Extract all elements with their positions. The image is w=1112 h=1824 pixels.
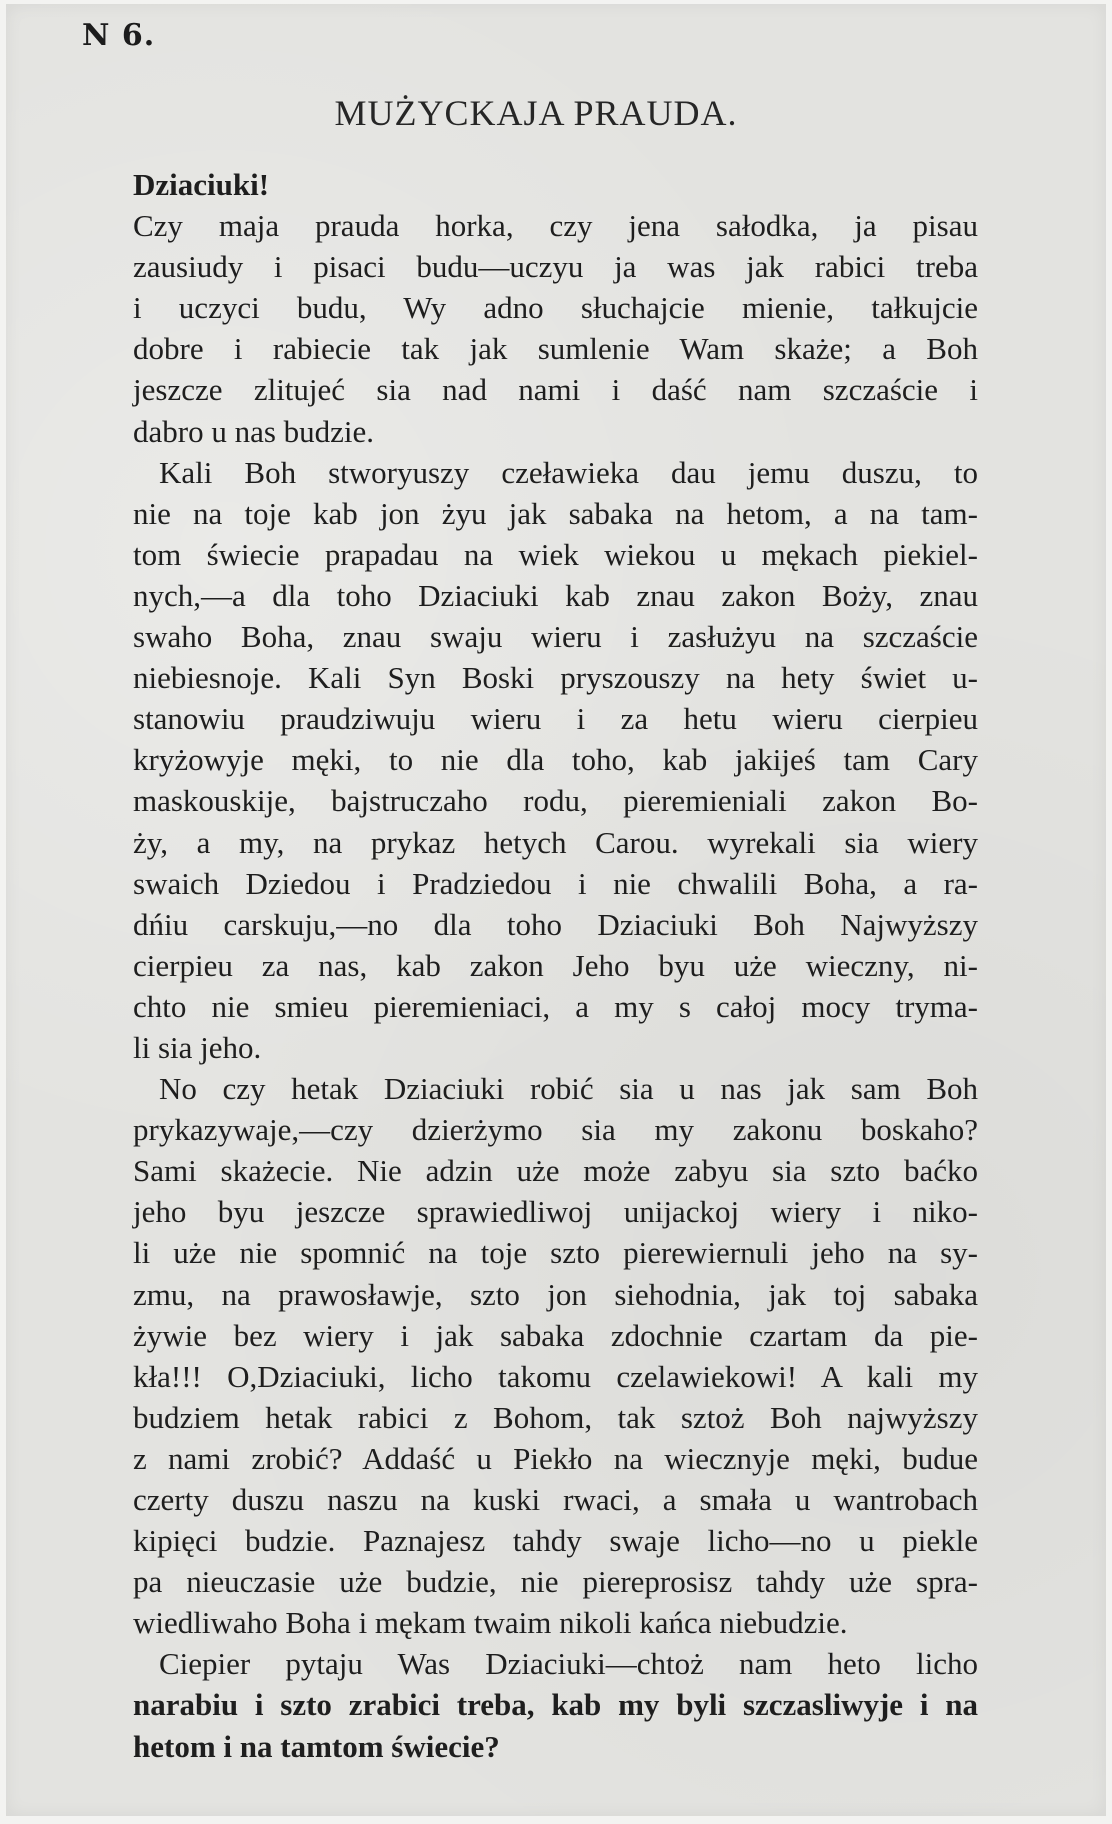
text-line: wiedliwaho Boha i mękam twaim nikoli kań…: [133, 1602, 978, 1643]
text-line: kryżowyje męki, to nie dla toho, kab jak…: [133, 739, 978, 780]
text-line: jeszcze zlitujeć sia nad nami i daść nam…: [133, 369, 978, 410]
text-line: Czy maja prauda horka, czy jena sałodka,…: [133, 205, 978, 246]
text-line: pa nieuczasie uże budzie, nie piereprosi…: [133, 1561, 978, 1602]
text-line: Sami skażecie. Nie adzin uże może zabyu …: [133, 1150, 978, 1191]
text-line: chto nie smieu pieremieniaci, a my s cał…: [133, 986, 978, 1027]
document-body: Dziaciuki! Czy maja prauda horka, czy je…: [133, 164, 978, 1767]
text-line: zausiudy i pisaci budu—uczyu ja was jak …: [133, 246, 978, 287]
text-line: maskouskije, bajstruczaho rodu, pieremie…: [133, 780, 978, 821]
text-line: żywie bez wiery i jak sabaka zdochnie cz…: [133, 1315, 978, 1356]
text-line: nych,—a dla toho Dziaciuki kab znau zako…: [133, 575, 978, 616]
paragraph-start: Kali Boh stworyuszy czeławieka dau jemu …: [133, 452, 978, 493]
text-line: kła!!! O,Dziaciuki, licho takomu czelawi…: [133, 1356, 978, 1397]
text-line: prykazywaje,—czy dzierżymo sia my zakonu…: [133, 1109, 978, 1150]
text-line: zmu, na prawosławje, szto jon siehodnia,…: [133, 1274, 978, 1315]
text-line: czerty duszu naszu na kuski rwaci, a sma…: [133, 1479, 978, 1520]
text-line: tom świecie prapadau na wiek wiekou u mę…: [133, 534, 978, 575]
paragraph-start: No czy hetak Dziaciuki robić sia u nas j…: [133, 1068, 978, 1109]
text-line: swaho Boha, znau swaju wieru i zasłużyu …: [133, 616, 978, 657]
text-line: niebiesnoje. Kali Syn Boski pryszouszy n…: [133, 657, 978, 698]
salutation: Dziaciuki!: [133, 164, 978, 205]
text-line: dabro u nas budzie.: [133, 411, 978, 452]
text-line: kipięci budzie. Paznajesz tahdy swaje li…: [133, 1520, 978, 1561]
paragraph-start: Ciepier pytaju Was Dziaciuki—chtoż nam h…: [133, 1643, 978, 1684]
text-line: nie na toje kab jon żyu jak sabaka na he…: [133, 493, 978, 534]
text-line: dobre i rabiecie tak jak sumlenie Wam sk…: [133, 328, 978, 369]
text-line: dńiu carskuju,—no dla toho Dziaciuki Boh…: [133, 904, 978, 945]
text-line: ży, a my, na prykaz hetych Carou. wyreka…: [133, 822, 978, 863]
text-line: stanowiu praudziwuju wieru i za hetu wie…: [133, 698, 978, 739]
text-line: z nami zrobić? Addaść u Piekło na wieczn…: [133, 1438, 978, 1479]
text-line: swaich Dziedou i Pradziedou i nie chwali…: [133, 863, 978, 904]
document-title: MUŻYCKAJA PRAUDA.: [6, 92, 1106, 134]
text-line: budziem hetak rabici z Bohom, tak sztoż …: [133, 1397, 978, 1438]
text-line: i uczyci budu, Wy adno słuchajcie mienie…: [133, 287, 978, 328]
text-line: li sia jeho.: [133, 1027, 978, 1068]
text-line: narabiu i szto zrabici treba, kab my byl…: [133, 1684, 978, 1725]
text-line: hetom i na tamtom świecie?: [133, 1726, 978, 1767]
text-line: cierpieu za nas, kab zakon Jeho byu uże …: [133, 945, 978, 986]
issue-number: N 6.: [82, 18, 155, 53]
text-line: jeho byu jeszcze sprawiedliwoj unijackoj…: [133, 1191, 978, 1232]
text-line: li uże nie spomnić na toje szto pierewie…: [133, 1232, 978, 1273]
document-page: N 6. MUŻYCKAJA PRAUDA. Dziaciuki! Czy ma…: [6, 4, 1106, 1816]
